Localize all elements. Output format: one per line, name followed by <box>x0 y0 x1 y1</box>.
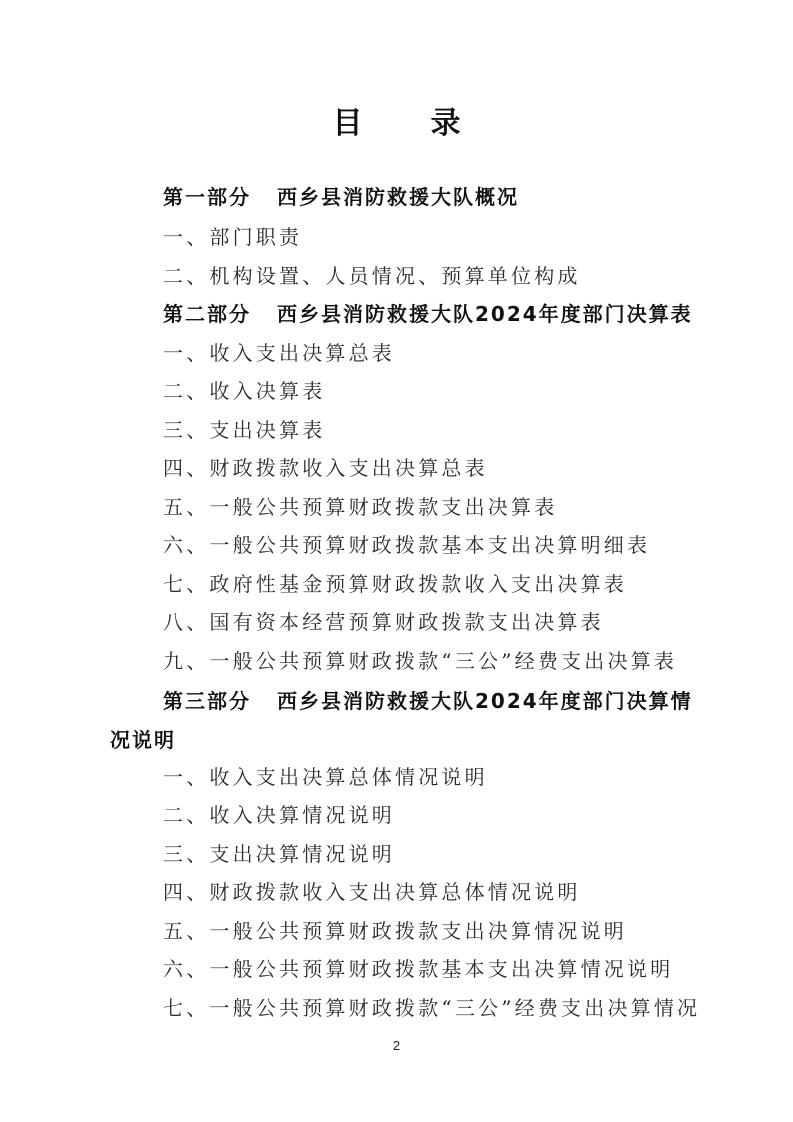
part-label: 第一部分 <box>163 185 251 209</box>
toc-item[interactable]: 二、收入决算表 <box>163 378 325 404</box>
toc-item[interactable]: 一、部门职责 <box>163 224 302 250</box>
toc-item[interactable]: 六、一般公共预算财政拨款基本支出决算明细表 <box>163 532 650 558</box>
toc-part-3-heading-continued[interactable]: 况说明 <box>110 727 176 753</box>
toc-item[interactable]: 三、支出决算情况说明 <box>163 841 395 867</box>
toc-item[interactable]: 五、一般公共预算财政拨款支出决算情况说明 <box>163 918 627 944</box>
title-right: 录 <box>431 106 461 141</box>
part-label: 第三部分 <box>163 689 251 713</box>
page-title: 目录 <box>0 98 793 142</box>
toc-item[interactable]: 四、财政拨款收入支出决算总表 <box>163 455 488 481</box>
toc-item[interactable]: 二、机构设置、人员情况、预算单位构成 <box>163 263 581 289</box>
page-number: 2 <box>0 1038 793 1053</box>
title-left: 目 <box>333 106 363 141</box>
toc-item[interactable]: 八、国有资本经营预算财政拨款支出决算表 <box>163 609 604 635</box>
part-heading: 西乡县消防救援大队概况 <box>277 185 519 209</box>
toc-item[interactable]: 五、一般公共预算财政拨款支出决算表 <box>163 494 557 520</box>
part-heading: 西乡县消防救援大队2024年度部门决算表 <box>277 302 693 326</box>
toc-item[interactable]: 九、一般公共预算财政拨款“三公”经费支出决算表 <box>163 648 677 674</box>
part-heading: 西乡县消防救援大队2024年度部门决算情 <box>277 689 693 713</box>
toc-item[interactable]: 二、收入决算情况说明 <box>163 802 395 828</box>
toc-item[interactable]: 四、财政拨款收入支出决算总体情况说明 <box>163 879 581 905</box>
toc-part-3-heading[interactable]: 第三部分西乡县消防救援大队2024年度部门决算情 <box>163 688 693 714</box>
part-label: 第二部分 <box>163 302 251 326</box>
toc-item[interactable]: 一、收入支出决算总表 <box>163 340 395 366</box>
toc-part-1-heading[interactable]: 第一部分西乡县消防救援大队概况 <box>163 184 519 210</box>
toc-item[interactable]: 七、政府性基金预算财政拨款收入支出决算表 <box>163 571 627 597</box>
toc-part-2-heading[interactable]: 第二部分西乡县消防救援大队2024年度部门决算表 <box>163 301 693 327</box>
toc-item[interactable]: 七、一般公共预算财政拨款“三公”经费支出决算情况 <box>163 995 700 1021</box>
toc-item[interactable]: 三、支出决算表 <box>163 417 325 443</box>
toc-item[interactable]: 一、收入支出决算总体情况说明 <box>163 764 488 790</box>
toc-item[interactable]: 六、一般公共预算财政拨款基本支出决算情况说明 <box>163 956 673 982</box>
